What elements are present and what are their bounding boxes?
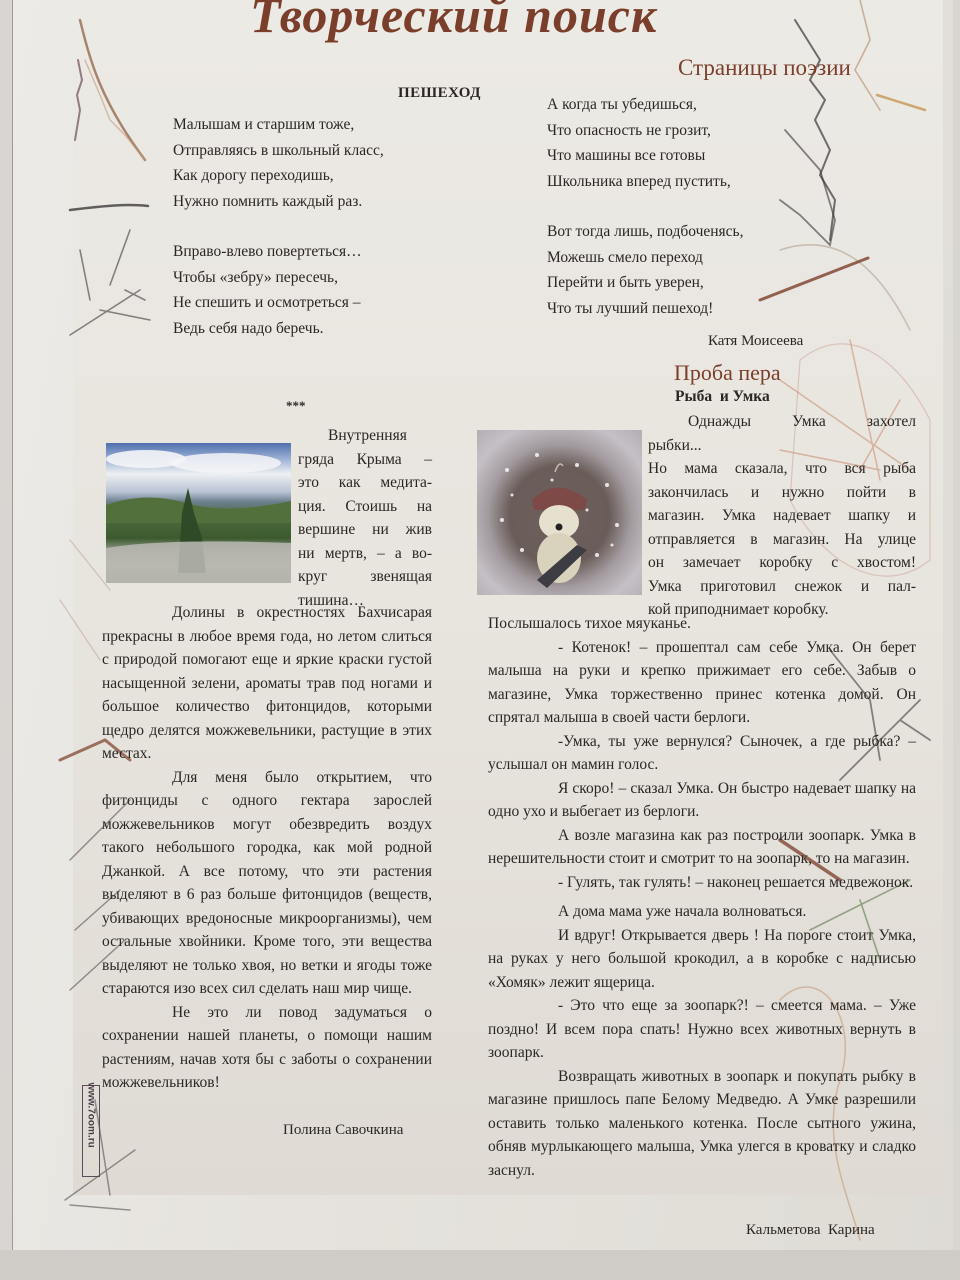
text-line: Но мама сказала, что вся рыба [648,457,916,481]
poem-line: Перейти и быть уверен, [547,270,744,296]
section-heading-pen: Проба пера [674,360,781,386]
poem-line: Вправо-влево повертеться… [173,239,384,265]
poem-line: Что опасность не грозит, [547,118,744,144]
text-line: ция. Стоишь на [298,495,432,519]
polar-bear-craft-photo [477,430,642,595]
paragraph: А возле магазина как раз построили зоопа… [488,824,916,871]
paragraph: Долины в окрестностях Бахчисарая прекрас… [102,601,432,766]
text-line: закончилась и нужно пойти в [648,481,916,505]
poem-line: Что ты лучший пешеход! [547,296,744,322]
text-line: рыбки... [648,434,916,458]
paragraph: А дома мама уже начала волноваться. [488,900,916,924]
paragraph: -Умка, ты уже вернулся? Сыночек, а где р… [488,730,916,777]
poem-left-column: Малышам и старшим тоже,Отправляясь в шко… [173,112,384,366]
page-title: Творческий поиск [250,0,657,44]
essay-body-text: Долины в окрестностях Бахчисарая прекрас… [102,601,432,1095]
text-line: Однажды Умка захотел [648,410,916,434]
story-author: Кальметова Карина [746,1222,875,1239]
text-line: он замечает коробку с хвостом! [648,551,916,575]
poem-stanza: Вот тогда лишь, подбоченясь,Можешь смело… [547,219,744,321]
poem-line: Вот тогда лишь, подбоченясь, [547,219,744,245]
crimea-landscape-photo [106,443,291,583]
poem-stanza: А когда ты убедишься,Что опасность не гр… [547,92,744,194]
poem-stanza: Малышам и старшим тоже,Отправляясь в шко… [173,112,384,214]
watermark: www.7oom.ru [82,1085,100,1177]
paragraph: Послышалось тихое мяуканье. [488,612,916,636]
paragraph: - Это что еще за зоопарк?! – смеется мам… [488,994,916,1065]
paragraph: И вдруг! Открывается дверь ! На пороге с… [488,924,916,995]
poem-line: А когда ты убедишься, [547,92,744,118]
paragraph: - Котенок! – прошептал сам себе Умка. Он… [488,636,916,730]
essay-author: Полина Савочкина [283,1122,403,1139]
section-heading-poetry: Страницы поэзии [678,55,851,81]
story-body-text: Послышалось тихое мяуканье.- Котенок! – … [488,612,916,1182]
text-line: отправляется в магазин. На улице [648,528,916,552]
paragraph: Я скоро! – сказал Умка. Он быстро надева… [488,777,916,824]
essay-intro-text: Внутренняягряда Крыма –это как медита-ци… [298,424,432,612]
poem-line: Чтобы «зебру» пересечь, [173,265,384,291]
poem-line: Нужно помнить каждый раз. [173,189,384,215]
poem-line: Отправляясь в школьный класс, [173,138,384,164]
poem-right-column: А когда ты убедишься,Что опасность не гр… [547,92,744,346]
story-intro-text: Однажды Умка захотелрыбки...Но мама сказ… [648,410,916,622]
poem-line: Что машины все готовы [547,143,744,169]
poem-line: Как дорогу переходишь, [173,163,384,189]
text-line: магазин. Умка надевает шапку и [648,504,916,528]
poem-line: Малышам и старшим тоже, [173,112,384,138]
poem-line: Можешь смело переход [547,245,744,271]
text-line: Внутренняя [298,424,432,448]
poem-line: Школьника вперед пустить, [547,169,744,195]
paragraph: - Гулять, так гулять! – наконец решается… [488,871,916,895]
paragraph: Для меня было открытием, что фитонциды с… [102,766,432,1001]
poem-line: Не спешить и осмотреться – [173,290,384,316]
text-line: это как медита- [298,471,432,495]
text-line: гряда Крыма – [298,448,432,472]
story-title: Рыба и Умка [675,388,770,406]
text-line: ни мертв, – а во- [298,542,432,566]
separator: *** [286,398,306,414]
poem-author: Катя Моисеева [708,333,803,350]
paragraph: Не это ли повод задуматься о сохранении … [102,1001,432,1095]
paragraph: Возвращать животных в зоопарк и покупать… [488,1065,916,1183]
text-line: круг звенящая [298,565,432,589]
text-line: Умка приготовил снежок и пал- [648,575,916,599]
poem-title: ПЕШЕХОД [398,85,481,102]
watermark-text: www.7oom.ru [86,1083,97,1173]
text-line: вершине ни жив [298,518,432,542]
poem-stanza: Вправо-влево повертеться…Чтобы «зебру» п… [173,239,384,341]
table-surface [0,1250,960,1280]
poem-line: Ведь себя надо беречь. [173,316,384,342]
